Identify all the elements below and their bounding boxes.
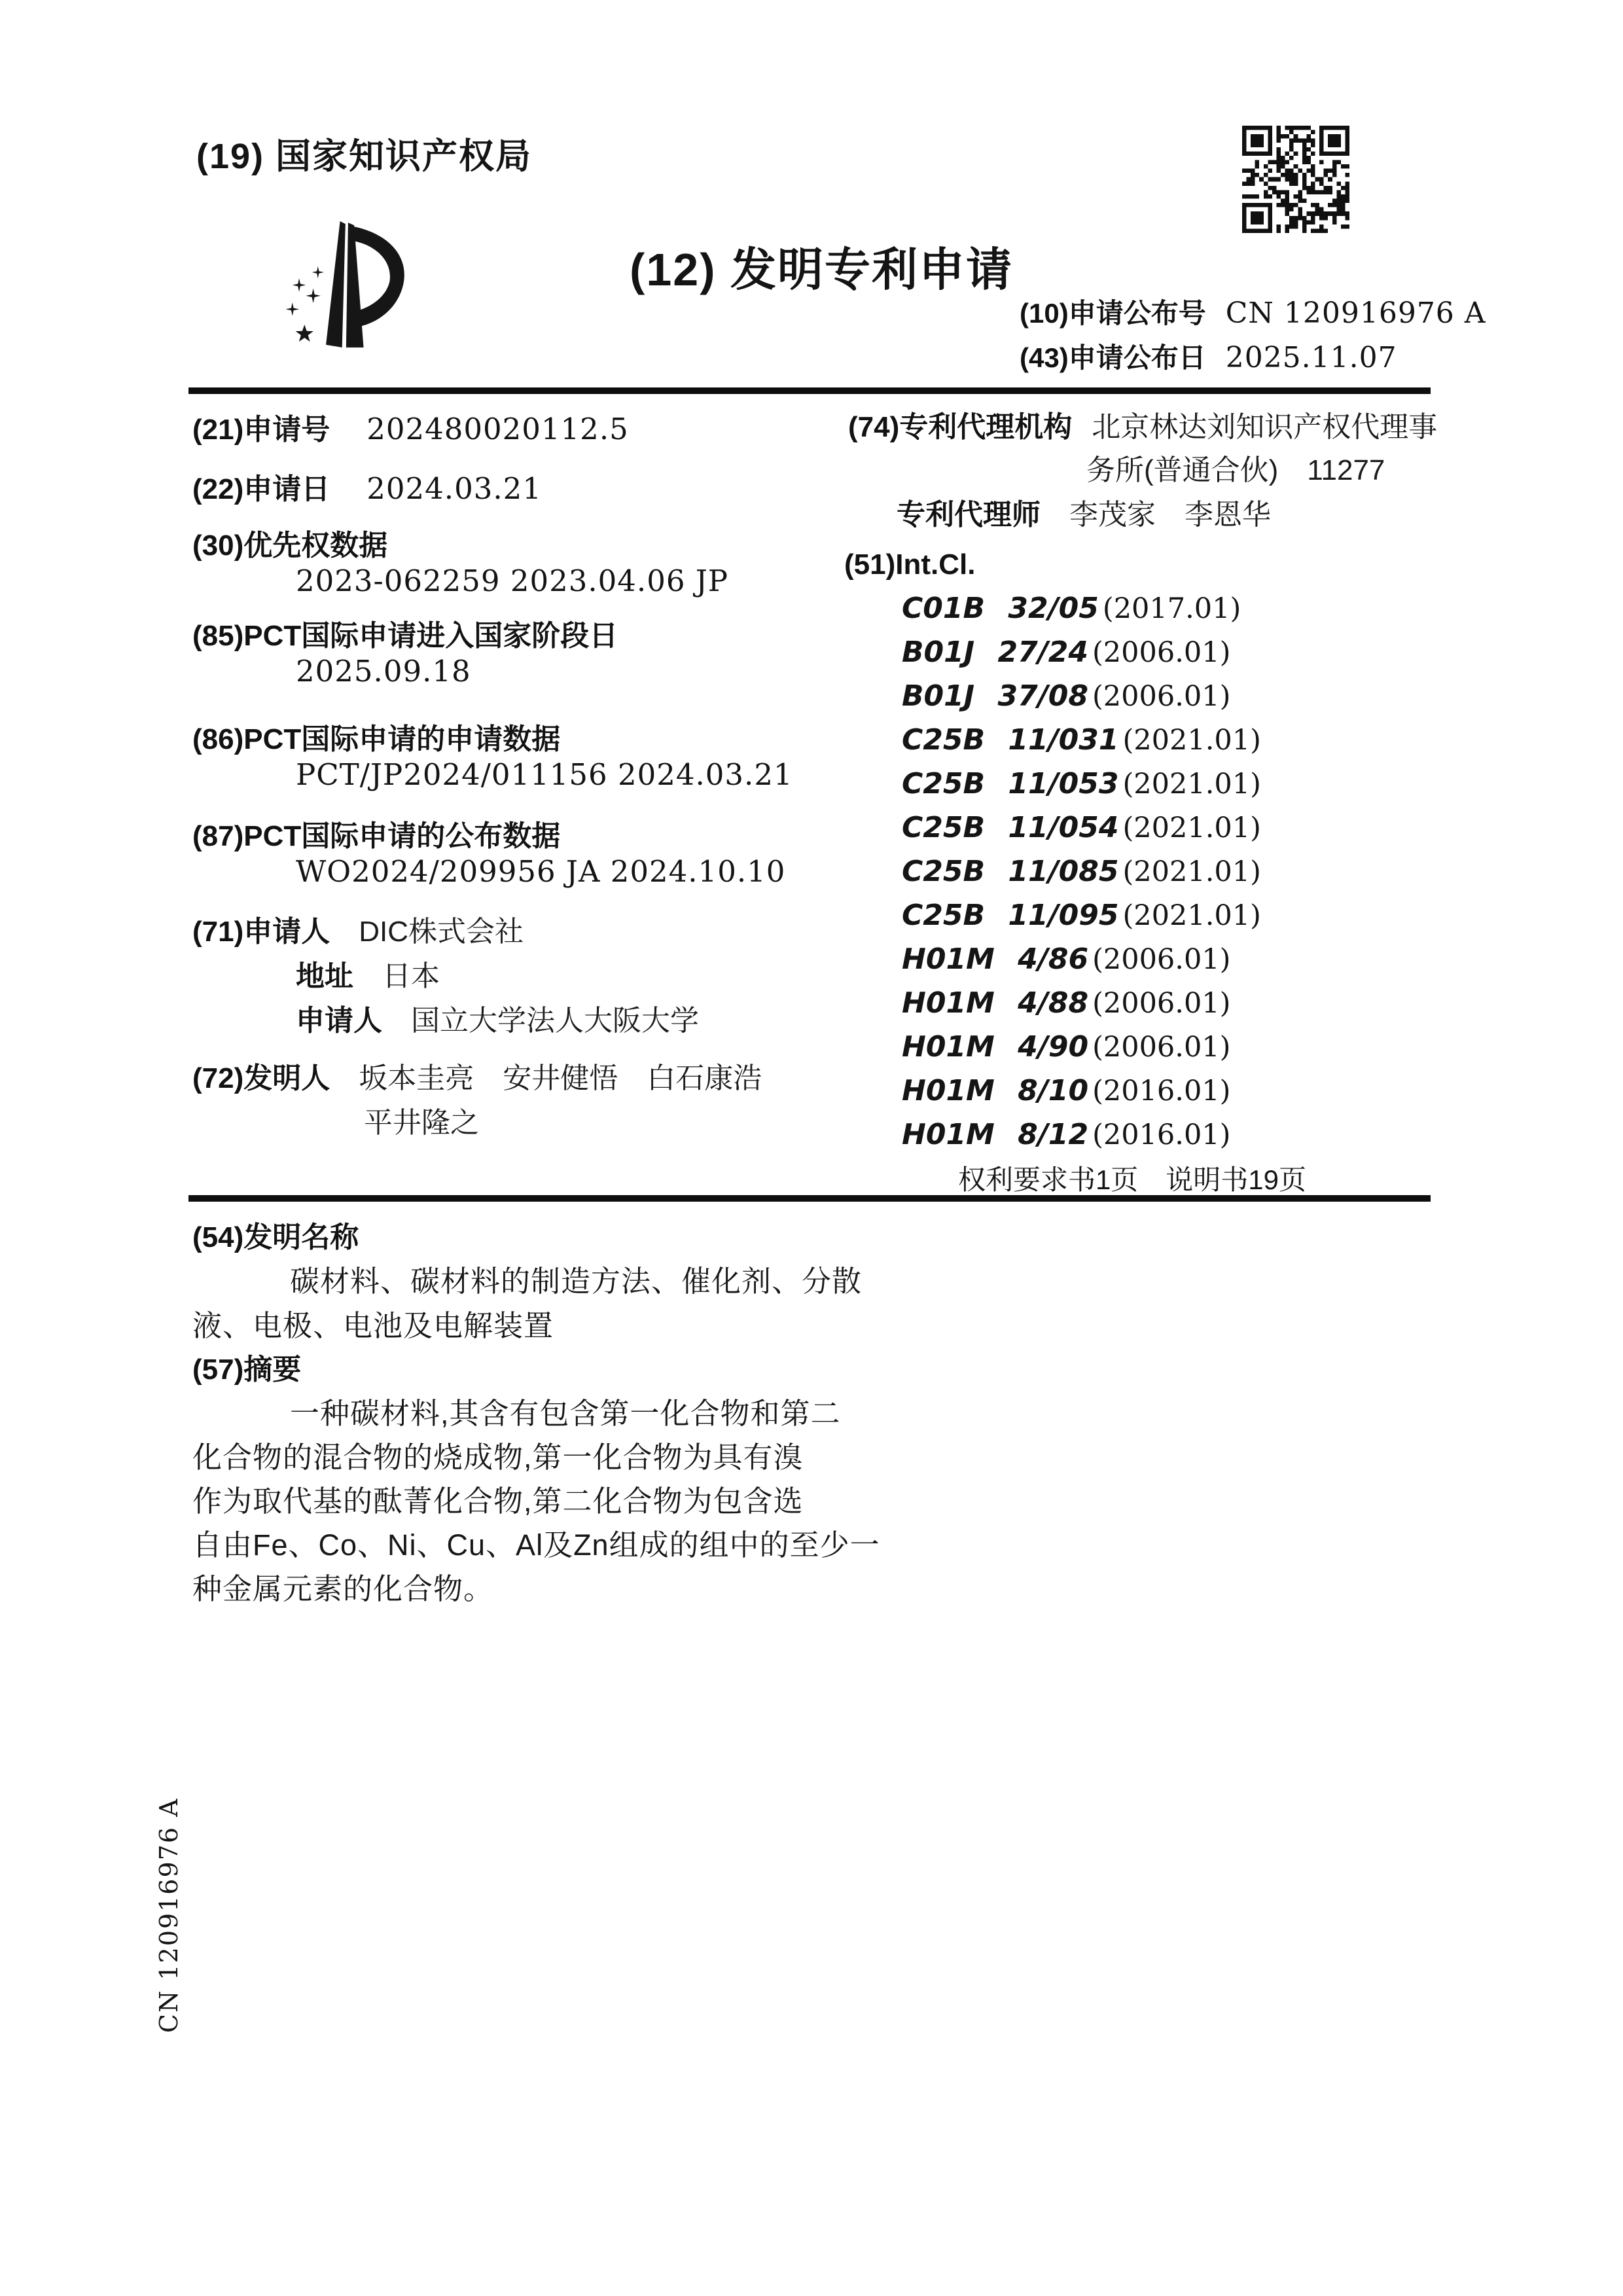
int-cl-entry: H01M 8/10(2016.01) — [902, 1074, 1230, 1107]
int-cl-entry: H01M 4/88(2006.01) — [902, 986, 1230, 1020]
ipc-code: C01B 32/05 — [902, 592, 1099, 625]
abstract-line: 种金属元素的化合物。 — [192, 1565, 493, 1607]
priority-data-value-row: 2023-062259 2023.04.06 JP — [296, 564, 728, 598]
applicant-row: (71)申请人DIC株式会社 — [192, 908, 524, 950]
pct-application-value-row: PCT/JP2024/011156 2024.03.21 — [296, 757, 793, 792]
applicant-address-value: 日本 — [382, 960, 440, 992]
agency-label: (74)专利代理机构 — [848, 411, 1072, 443]
inventors-row-2: 平井隆之 — [364, 1099, 479, 1141]
pct-publication-label: (87)PCT国际申请的公布数据 — [192, 820, 560, 852]
abstract-line: 一种碳材料,其含有包含第一化合物和第二 — [290, 1390, 841, 1432]
inventors-value-line2: 平井隆之 — [364, 1107, 479, 1139]
applicant-value: DIC株式会社 — [359, 916, 524, 948]
application-number-value: 202480020112.5 — [366, 412, 629, 446]
section-divider-rule — [188, 1195, 1431, 1202]
ipc-version: (2016.01) — [1092, 1119, 1230, 1151]
ipc-code: H01M 4/90 — [902, 1030, 1088, 1064]
invention-title-line2: 液、电极、电池及电解装置 — [192, 1302, 554, 1344]
document-type-title: (12) 发明专利申请 — [609, 233, 1034, 299]
int-cl-entry: B01J 37/08(2006.01) — [902, 679, 1230, 713]
agent-row: 专利代理师李茂家 李恩华 — [897, 491, 1271, 533]
inventors-row: (72)发明人坂本圭亮 安井健悟 白石康浩 — [192, 1054, 762, 1096]
ipc-code: H01M 8/12 — [902, 1118, 1088, 1151]
int-cl-header-row: (51)Int.Cl. — [844, 548, 975, 581]
ipc-code: C25B 11/031 — [902, 723, 1119, 757]
patent-front-page: (19) 国家知识产权局 (12) 发明专利申请 (10)申请公布号CN 120… — [0, 0, 1623, 2296]
int-cl-entry: C25B 11/054(2021.01) — [902, 811, 1261, 844]
publication-number-label: (10)申请公布号 — [1020, 298, 1206, 329]
pct-publication-row: (87)PCT国际申请的公布数据 — [192, 812, 560, 854]
applicant2-row: 申请人国立大学法人大阪大学 — [296, 997, 699, 1039]
agency-row: (74)专利代理机构北京林达刘知识产权代理事 — [848, 403, 1437, 445]
ipc-version: (2016.01) — [1092, 1075, 1230, 1107]
ipc-code: H01M 8/10 — [902, 1074, 1088, 1107]
priority-data-row: (30)优先权数据 — [192, 522, 387, 564]
int-cl-label: (51)Int.Cl. — [844, 548, 975, 581]
ipc-version: (2021.01) — [1123, 724, 1261, 757]
application-number-label: (21)申请号 — [192, 414, 330, 446]
pct-national-entry-value: 2025.09.18 — [296, 654, 471, 689]
ipc-version: (2006.01) — [1092, 1031, 1230, 1064]
pct-application-value: PCT/JP2024/011156 2024.03.21 — [296, 757, 793, 792]
applicant-label: (71)申请人 — [192, 916, 330, 948]
pct-national-entry-label: (85)PCT国际申请进入国家阶段日 — [192, 620, 618, 652]
priority-data-value: 2023-062259 2023.04.06 JP — [296, 564, 728, 598]
applicant-address-label: 地址 — [296, 960, 353, 992]
int-cl-entry: B01J 27/24(2006.01) — [902, 636, 1230, 669]
qr-code — [1242, 126, 1349, 233]
agency-row-2: 务所(普通合伙) 11277 — [1086, 446, 1385, 488]
ipc-version: (2017.01) — [1103, 592, 1241, 625]
application-number-row: (21)申请号202480020112.5 — [192, 406, 629, 448]
agent-value: 李茂家 李恩华 — [1069, 499, 1271, 531]
int-cl-entry: H01M 4/86(2006.01) — [902, 942, 1230, 976]
int-cl-entry: C25B 11/053(2021.01) — [902, 767, 1261, 800]
publication-number-line: (10)申请公布号CN 120916976 A — [1020, 292, 1486, 331]
issuing-office: (19) 国家知识产权局 — [196, 128, 532, 179]
pct-publication-value-row: WO2024/209956 JA 2024.10.10 — [296, 854, 785, 889]
ipc-code: H01M 4/88 — [902, 986, 1088, 1020]
ipc-code: B01J 37/08 — [902, 679, 1088, 713]
applicant2-value: 国立大学法人大阪大学 — [411, 1005, 699, 1037]
publication-date-line: (43)申请公布日2025.11.07 — [1020, 336, 1397, 376]
pct-publication-value: WO2024/209956 JA 2024.10.10 — [296, 854, 785, 889]
priority-data-label: (30)优先权数据 — [192, 529, 387, 562]
ipc-version: (2006.01) — [1092, 636, 1230, 669]
cnipa-logo-icon — [275, 220, 425, 351]
ipc-version: (2021.01) — [1123, 812, 1261, 844]
header-divider-rule — [188, 387, 1431, 394]
ipc-code: C25B 11/085 — [902, 855, 1119, 888]
int-cl-entry: C01B 32/05(2017.01) — [902, 592, 1241, 625]
application-date-value: 2024.03.21 — [366, 471, 542, 506]
abstract-line: 自由Fe、Co、Ni、Cu、Al及Zn组成的组中的至少一 — [192, 1521, 880, 1564]
int-cl-entry: H01M 4/90(2006.01) — [902, 1030, 1230, 1064]
publication-number-value: CN 120916976 A — [1226, 296, 1486, 330]
ipc-version: (2006.01) — [1092, 943, 1230, 976]
ipc-code: C25B 11/095 — [902, 899, 1119, 932]
pages-note: 权利要求书1页 说明书19页 — [903, 1158, 1361, 1198]
pct-application-label: (86)PCT国际申请的申请数据 — [192, 723, 560, 755]
pct-application-row: (86)PCT国际申请的申请数据 — [192, 715, 560, 757]
ipc-code: C25B 11/054 — [902, 811, 1119, 844]
abstract-label: (57)摘要 — [192, 1346, 301, 1388]
publication-date-value: 2025.11.07 — [1226, 341, 1397, 374]
abstract-line: 作为取代基的酞菁化合物,第二化合物为包含选 — [192, 1477, 804, 1520]
application-date-row: (22)申请日2024.03.21 — [192, 465, 542, 507]
ipc-version: (2021.01) — [1123, 855, 1261, 888]
invention-title-line1: 碳材料、碳材料的制造方法、催化剂、分散 — [290, 1257, 862, 1300]
applicant2-label: 申请人 — [296, 1005, 382, 1037]
agency-value-line1: 北京林达刘知识产权代理事 — [1092, 411, 1437, 443]
int-cl-entry: C25B 11/085(2021.01) — [902, 855, 1261, 888]
publication-date-label: (43)申请公布日 — [1020, 342, 1206, 373]
int-cl-entry: C25B 11/031(2021.01) — [902, 723, 1261, 757]
pct-national-entry-value-row: 2025.09.18 — [296, 654, 471, 689]
ipc-code: B01J 27/24 — [902, 636, 1088, 669]
ipc-version: (2021.01) — [1123, 768, 1261, 800]
applicant-address-row: 地址日本 — [296, 952, 440, 994]
agency-value-line2: 务所(普通合伙) 11277 — [1086, 454, 1385, 486]
abstract-line: 化合物的混合物的烧成物,第一化合物为具有溴 — [192, 1433, 804, 1476]
ipc-version: (2021.01) — [1123, 899, 1261, 932]
agent-label: 专利代理师 — [897, 499, 1041, 531]
ipc-version: (2006.01) — [1092, 680, 1230, 713]
ipc-version: (2006.01) — [1092, 987, 1230, 1020]
inventors-label: (72)发明人 — [192, 1062, 330, 1094]
ipc-code: C25B 11/053 — [902, 767, 1119, 800]
pct-national-entry-row: (85)PCT国际申请进入国家阶段日 — [192, 612, 618, 654]
int-cl-entry: H01M 8/12(2016.01) — [902, 1118, 1230, 1151]
int-cl-entry: C25B 11/095(2021.01) — [902, 899, 1261, 932]
page-identifier-vertical: CN 120916976 A — [154, 1797, 183, 2033]
application-date-label: (22)申请日 — [192, 473, 330, 505]
invention-title-label: (54)发明名称 — [192, 1213, 359, 1255]
ipc-code: H01M 4/86 — [902, 942, 1088, 976]
inventors-value: 坂本圭亮 安井健悟 白石康浩 — [359, 1062, 762, 1094]
